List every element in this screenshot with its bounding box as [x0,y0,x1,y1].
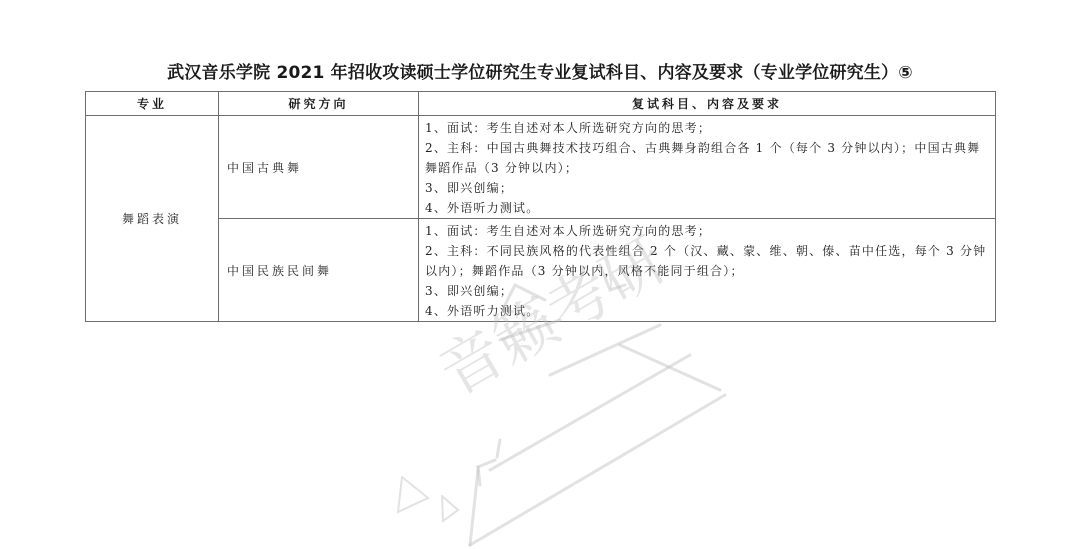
requirement-line: 3、即兴创编； [425,178,989,198]
requirement-line: 4、外语听力测试。 [425,198,989,218]
direction-cell: 中国民族民间舞 [219,219,419,322]
requirements-cell: 1、面试：考生自述对本人所选研究方向的思考； 2、主科：中国古典舞技术技巧组合、… [419,116,996,219]
requirement-line: 舞蹈作品（3 分钟以内）； [425,158,989,178]
requirements-cell: 1、面试：考生自述对本人所选研究方向的思考； 2、主科：不同民族风格的代表性组合… [419,219,996,322]
requirement-line: 2、主科：中国古典舞技术技巧组合、古典舞身韵组合各 1 个（每个 3 分钟以内）… [425,138,989,158]
document-page: 武汉音乐学院 2021 年招收攻读硕士学位研究生专业复试科目、内容及要求（专业学… [0,0,1080,549]
header-requirements: 复试科目、内容及要求 [419,92,996,116]
document-title: 武汉音乐学院 2021 年招收攻读硕士学位研究生专业复试科目、内容及要求（专业学… [0,58,1080,83]
major-cell: 舞蹈表演 [86,116,219,322]
requirement-line: 1、面试：考生自述对本人所选研究方向的思考； [425,221,989,241]
header-direction: 研究方向 [219,92,419,116]
table-header-row: 专业 研究方向 复试科目、内容及要求 [86,92,996,116]
requirement-line: 以内）；舞蹈作品（3 分钟以内，风格不能同于组合）； [425,261,989,281]
requirements-table: 专业 研究方向 复试科目、内容及要求 舞蹈表演 中国古典舞 1、面试：考生自述对… [85,91,996,322]
header-major: 专业 [86,92,219,116]
requirement-line: 3、即兴创编； [425,281,989,301]
table-row: 中国民族民间舞 1、面试：考生自述对本人所选研究方向的思考； 2、主科：不同民族… [86,219,996,322]
direction-cell: 中国古典舞 [219,116,419,219]
requirement-line: 1、面试：考生自述对本人所选研究方向的思考； [425,118,989,138]
requirement-line: 2、主科：不同民族风格的代表性组合 2 个（汉、藏、蒙、维、朝、傣、苗中任选，每… [425,241,989,261]
table-row: 舞蹈表演 中国古典舞 1、面试：考生自述对本人所选研究方向的思考； 2、主科：中… [86,116,996,219]
requirement-line: 4、外语听力测试。 [425,301,989,321]
